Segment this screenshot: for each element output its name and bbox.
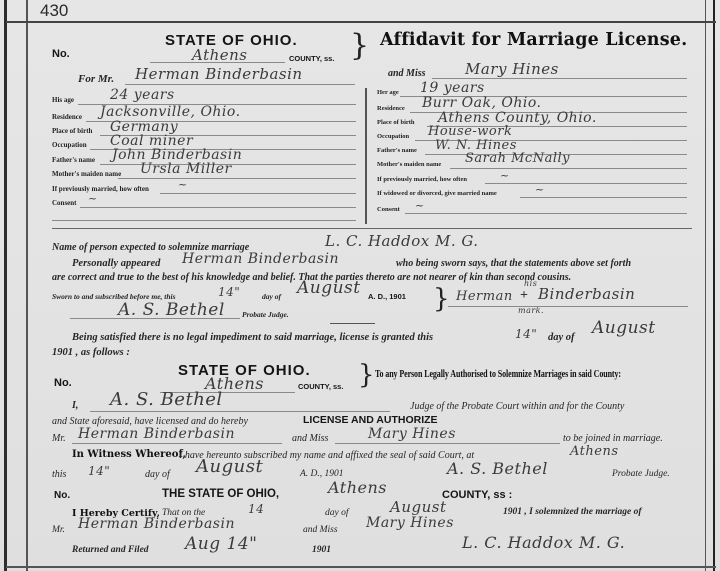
certificate-bride-name: Mary Hines: [366, 515, 454, 531]
left-border-outer: [4, 0, 7, 571]
groom-prev-married-value: ~: [178, 178, 188, 191]
appeared-label: Personally appeared: [72, 258, 160, 269]
sworn-ad-label: A. D., 1901: [368, 292, 406, 301]
bride-occupation-value: House-work: [428, 124, 512, 139]
certificate-returned-date: Aug 14": [185, 534, 257, 554]
affidavit-title: Affidavit for Marriage License.: [380, 30, 687, 50]
sworn-month: August: [297, 278, 361, 298]
grant-text-1: Being satisfied there is no legal impedi…: [72, 332, 433, 343]
solemnizer-value: L. C. Haddox M. G.: [325, 232, 479, 250]
license-brace: }: [358, 360, 375, 390]
groom-birthplace-label: Place of birth: [52, 127, 92, 135]
license-mr-label: Mr.: [52, 433, 66, 444]
record-number: 430: [40, 1, 68, 21]
bride-age-value: 19 years: [420, 80, 485, 96]
left-border-inner: [26, 0, 28, 571]
affidavit-no-label: No.: [52, 48, 70, 60]
certificate-miss-label: and Miss: [303, 525, 338, 535]
groom-age-value: 24 years: [110, 87, 175, 103]
bride-consent-value: ~: [415, 199, 425, 212]
column-divider: [365, 88, 367, 224]
groom-name-line: [125, 84, 355, 85]
certificate-mr-label: Mr.: [52, 525, 65, 535]
bride-widowed-value: ~: [535, 183, 545, 196]
marriage-license-page: 430 No. STATE OF OHIO. } Athens COUNTY, …: [0, 0, 720, 571]
license-no-label: No.: [54, 377, 72, 389]
license-bride-name: Mary Hines: [368, 426, 456, 442]
groom-mother-label: Mother's maiden name: [52, 170, 121, 178]
grant-month: August: [592, 318, 656, 338]
bride-father-label: Father's name: [377, 147, 417, 154]
right-border-inner: [705, 0, 706, 571]
certificate-county-value: Athens: [328, 478, 387, 497]
bride-mother-line: [450, 168, 687, 169]
bride-residence-value: Burr Oak, Ohio.: [422, 95, 541, 111]
bride-prev-married-line: [485, 183, 687, 184]
bride-residence-label: Residence: [377, 105, 405, 112]
affidavit-brace: }: [350, 28, 369, 63]
license-caps: LICENSE AND AUTHORIZE: [303, 414, 438, 426]
sworn-day-of-label: day of: [262, 292, 281, 301]
affiant-mark: +: [520, 288, 528, 304]
certificate-groom-name: Herman Binderbasin: [78, 516, 235, 532]
sworn-day: 14": [218, 285, 240, 299]
groom-prefix: For Mr.: [78, 73, 114, 85]
license-i-label: I,: [72, 400, 78, 411]
license-joined-text: to be joined in marriage.: [563, 433, 663, 444]
license-month: August: [196, 456, 263, 477]
affiant-mark-top: his: [524, 279, 537, 288]
grant-day: 14": [515, 327, 537, 341]
license-bride-line: [335, 443, 560, 444]
certificate-day-of-label: day of: [325, 508, 348, 518]
groom-occupation-label: Occupation: [52, 141, 87, 149]
groom-prev-married-line: [160, 193, 356, 194]
bride-name-value: Mary Hines: [465, 60, 559, 78]
groom-consent-line: [80, 207, 356, 208]
right-border-outer: [713, 0, 715, 571]
groom-name-value: Herman Binderbasin: [135, 65, 303, 83]
license-judge-signature: A. S. Bethel: [447, 459, 548, 478]
groom-blank-line: [52, 220, 356, 221]
bride-mother-value: Sarah McNally: [465, 151, 570, 166]
bride-prefix: and Miss: [388, 68, 426, 79]
license-witness-bold: In Witness Whereof,: [72, 449, 186, 460]
bride-prev-married-value: ~: [500, 169, 510, 182]
groom-residence-label: Residence: [52, 113, 82, 121]
groom-age-label: His age: [52, 96, 74, 104]
license-county-label: COUNTY, ss.: [298, 382, 343, 391]
sworn-brace: }: [433, 284, 450, 314]
certificate-officiant-signature: L. C. Haddox M. G.: [462, 533, 625, 552]
groom-residence-value: Jacksonville, Ohio.: [100, 104, 241, 120]
oath-text-line-1: who being sworn says, that the statement…: [396, 258, 631, 269]
certificate-day: 14: [248, 502, 264, 516]
certificate-no-label: No.: [54, 490, 70, 501]
license-groom-name: Herman Binderbasin: [78, 426, 235, 442]
top-border: [6, 21, 716, 23]
affiant-mark-bottom: mark.: [518, 306, 544, 315]
license-day: 14": [88, 464, 110, 478]
groom-mother-value: Ursla Miller: [140, 161, 232, 177]
section-divider-1: [52, 228, 692, 229]
license-judge-name: A. S. Bethel: [110, 389, 223, 410]
license-address: To any Person Legally Authorised to Sole…: [375, 368, 621, 380]
affiant-last-name: Binderbasin: [538, 285, 635, 303]
license-day-of-label: day of: [145, 469, 170, 480]
bottom-border: [6, 566, 716, 568]
bride-age-label: Her age: [377, 89, 399, 96]
certificate-county-label: COUNTY, ss :: [442, 489, 512, 501]
grant-text-2: 1901 , as follows :: [52, 347, 130, 358]
bride-birthplace-label: Place of birth: [377, 119, 415, 126]
license-witness-place: Athens: [570, 444, 619, 459]
section-divider-2: [330, 323, 375, 324]
certificate-year-text: 1901 , I solemnized the marriage of: [503, 507, 642, 517]
affidavit-county-label: COUNTY, ss.: [289, 54, 334, 63]
license-this-label: this: [52, 469, 66, 480]
bride-mother-label: Mother's maiden name: [377, 161, 441, 168]
license-judge-name-line: [90, 411, 390, 412]
bride-name-line: [432, 78, 687, 79]
bride-occupation-label: Occupation: [377, 133, 409, 140]
bride-consent-label: Consent: [377, 206, 400, 213]
groom-consent-label: Consent: [52, 199, 77, 207]
certificate-month: August: [390, 498, 446, 516]
license-judge-label: Probate Judge.: [612, 469, 670, 479]
grant-day-of-label: day of: [548, 332, 575, 343]
license-groom-line: [72, 443, 282, 444]
appeared-value: Herman Binderbasin: [182, 251, 339, 267]
groom-father-label: Father's name: [52, 156, 95, 164]
certificate-returned-year: 1901: [312, 545, 331, 555]
bride-widowed-line: [520, 197, 687, 198]
affidavit-judge-label: Probate Judge.: [242, 310, 289, 319]
bride-consent-line: [405, 213, 687, 214]
affidavit-county-value: Athens: [192, 46, 248, 64]
certificate-returned-label: Returned and Filed: [72, 545, 149, 555]
certificate-state-heading: THE STATE OF OHIO,: [162, 488, 279, 500]
license-miss-label: and Miss: [292, 433, 328, 444]
affidavit-judge-signature: A. S. Bethel: [118, 300, 225, 320]
affiant-signature-line: [448, 306, 688, 307]
affiant-first-name: Herman: [456, 289, 513, 304]
groom-consent-value: ~: [88, 192, 98, 205]
bride-prev-married-label: If previously married, how often: [377, 176, 467, 183]
groom-mother-line: [118, 178, 356, 179]
groom-prev-married-label: If previously married, how often: [52, 185, 149, 193]
bride-widowed-label: If widowed or divorced, give married nam…: [377, 190, 497, 197]
license-judge-text: Judge of the Probate Court within and fo…: [410, 401, 624, 412]
